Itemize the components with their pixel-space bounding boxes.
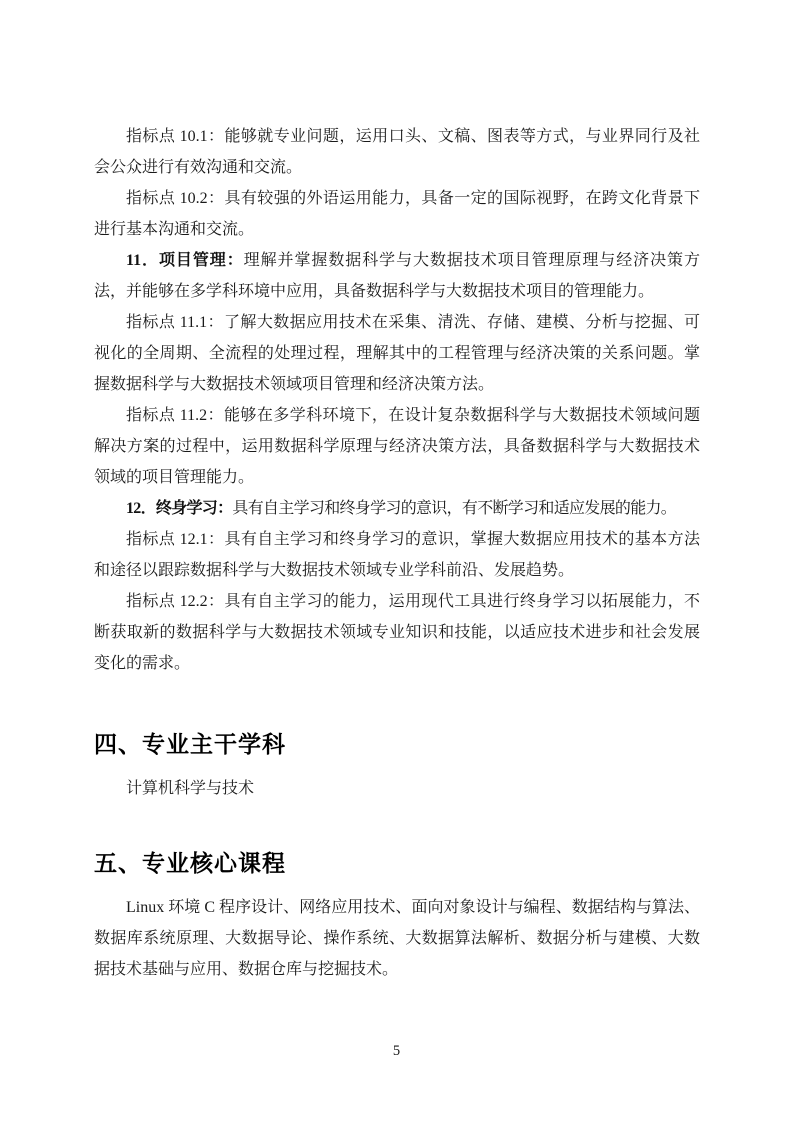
paragraph-text: 具有自主学习和终身学习的意识，有不断学习和适应发展的能力。 [232, 500, 676, 517]
paragraph-item-11-project-management: 11．项目管理：理解并掌握数据科学与大数据技术项目管理原理与经济决策方法，并能够… [94, 245, 700, 307]
paragraph-indicator-12-1: 指标点 12.1：具有自主学习和终身学习的意识，掌握大数据应用技术的基本方法和途… [94, 524, 700, 586]
document-page: 指标点 10.1：能够就专业问题，运用口头、文稿、图表等方式，与业界同行及社会公… [0, 0, 793, 1122]
section-heading-major-disciplines: 四、专业主干学科 [94, 727, 700, 761]
page-number: 5 [0, 1041, 793, 1061]
paragraph-indicator-10-1: 指标点 10.1：能够就专业问题，运用口头、文稿、图表等方式，与业界同行及社会公… [94, 121, 700, 183]
paragraph-item-12-lifelong-learning: 12．终身学习：具有自主学习和终身学习的意识，有不断学习和适应发展的能力。 [94, 493, 700, 524]
section-body-major-disciplines: 计算机科学与技术 [94, 773, 700, 804]
section-body-core-courses: Linux 环境 C 程序设计、网络应用技术、面向对象设计与编程、数据结构与算法… [94, 892, 700, 985]
paragraph-lead: 11．项目管理： [126, 252, 244, 269]
paragraph-indicator-12-2: 指标点 12.2：具有自主学习的能力，运用现代工具进行终身学习以拓展能力，不断获… [94, 586, 700, 679]
document-content: 指标点 10.1：能够就专业问题，运用口头、文稿、图表等方式，与业界同行及社会公… [94, 0, 700, 985]
section-heading-core-courses: 五、专业核心课程 [94, 846, 700, 880]
paragraph-indicator-10-2: 指标点 10.2：具有较强的外语运用能力，具备一定的国际视野，在跨文化背景下进行… [94, 183, 700, 245]
paragraph-lead: 12．终身学习： [126, 500, 232, 517]
paragraph-indicator-11-1: 指标点 11.1：了解大数据应用技术在采集、清洗、存储、建模、分析与挖掘、可视化… [94, 307, 700, 400]
paragraph-indicator-11-2: 指标点 11.2：能够在多学科环境下，在设计复杂数据科学与大数据技术领域问题解决… [94, 400, 700, 493]
